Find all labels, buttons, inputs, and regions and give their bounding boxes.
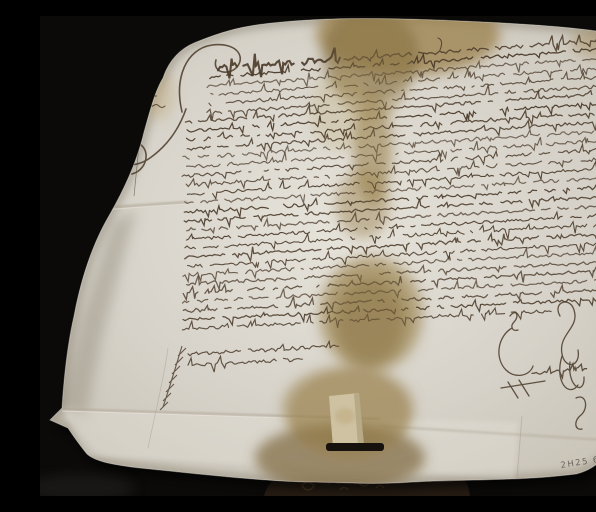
seal-slit xyxy=(326,443,384,451)
parchment-scene: 2H25 63 xyxy=(40,16,596,496)
manuscript-photo: 2H25 63 xyxy=(40,16,596,496)
